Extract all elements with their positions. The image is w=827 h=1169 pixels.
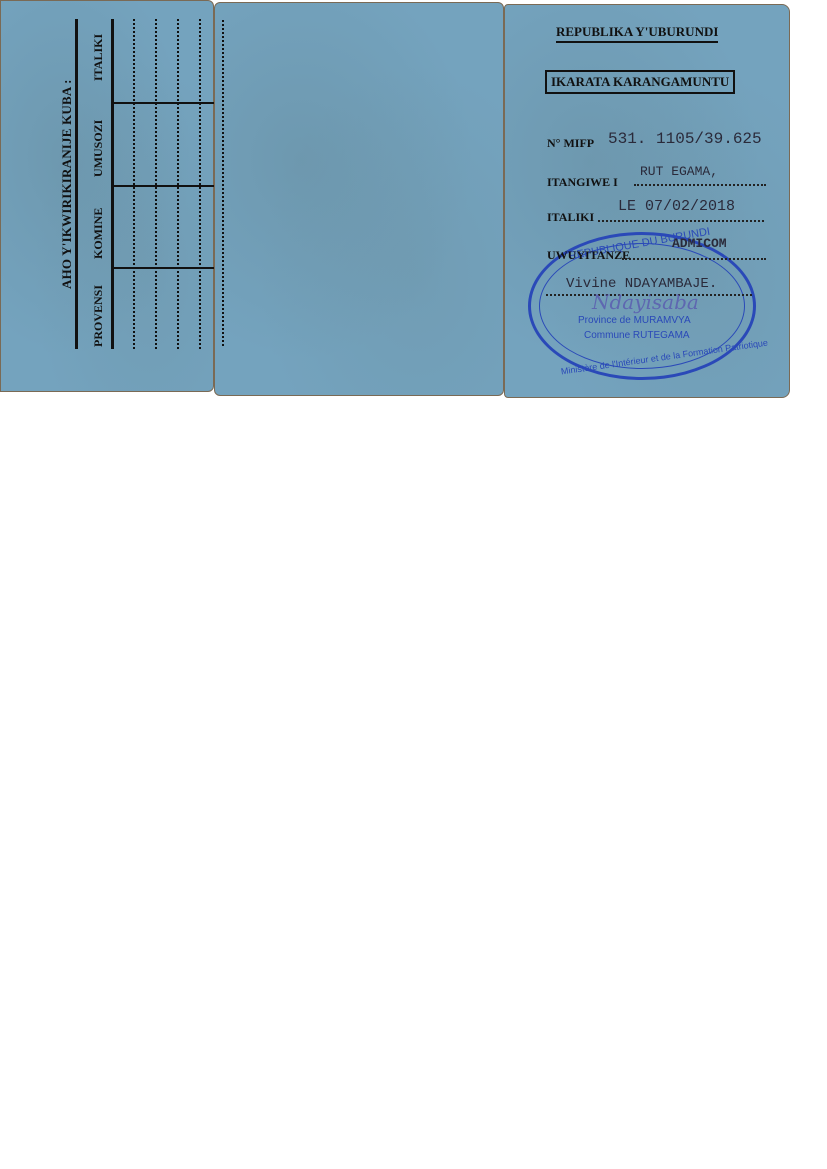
column-header-italiki: ITALIKI xyxy=(91,34,106,81)
table-dotted-row xyxy=(155,19,157,349)
italiki-value: LE 07/02/2018 xyxy=(618,198,735,215)
column-divider xyxy=(111,102,221,104)
column-header-komine: KOMINE xyxy=(91,208,106,259)
stamp-commune-text: Commune RUTEGAMA xyxy=(584,330,690,341)
stamp-province-text: Province de MURAMVYA xyxy=(578,315,691,326)
residence-table-title: AHO Y'IKWIRIKIRANIJE KUBA : xyxy=(59,19,75,349)
table-dotted-row xyxy=(133,19,135,349)
column-header-provensi: PROVENSI xyxy=(91,285,106,347)
dotted-line xyxy=(622,258,766,260)
card-middle-panel xyxy=(214,2,504,396)
itangiwe-label: ITANGIWE I xyxy=(547,175,618,190)
dotted-line xyxy=(598,220,764,222)
mifp-value: 531. 1105/39.625 xyxy=(608,130,762,148)
table-rule xyxy=(111,19,114,349)
dotted-line xyxy=(634,184,766,186)
table-rule xyxy=(75,19,78,349)
signature: Ndayisaba xyxy=(592,290,699,314)
mifp-label: N° MIFP xyxy=(547,136,594,151)
column-divider xyxy=(111,267,221,269)
card-title: IKARATA KARANGAMUNTU xyxy=(545,70,735,94)
uwuyitanze-value: ADMICOM xyxy=(672,236,727,251)
uwuyitanze-label: UWUYITANZE xyxy=(547,248,630,263)
residence-table: AHO Y'IKWIRIKIRANIJE KUBA : PROVENSI KOM… xyxy=(19,19,219,349)
table-dotted-row xyxy=(177,19,179,349)
column-divider xyxy=(111,185,221,187)
itangiwe-value: RUT EGAMA, xyxy=(640,164,718,179)
italiki-label: ITALIKI xyxy=(547,210,594,225)
table-dotted-row xyxy=(199,19,201,349)
identity-card: AHO Y'IKWIRIKIRANIJE KUBA : PROVENSI KOM… xyxy=(0,0,790,398)
country-heading: REPUBLIKA Y'UBURUNDI xyxy=(556,24,718,43)
card-left-panel: AHO Y'IKWIRIKIRANIJE KUBA : PROVENSI KOM… xyxy=(0,0,214,392)
dotted-fold-line xyxy=(222,20,224,346)
column-header-umusozi: UMUSOZI xyxy=(91,120,106,177)
